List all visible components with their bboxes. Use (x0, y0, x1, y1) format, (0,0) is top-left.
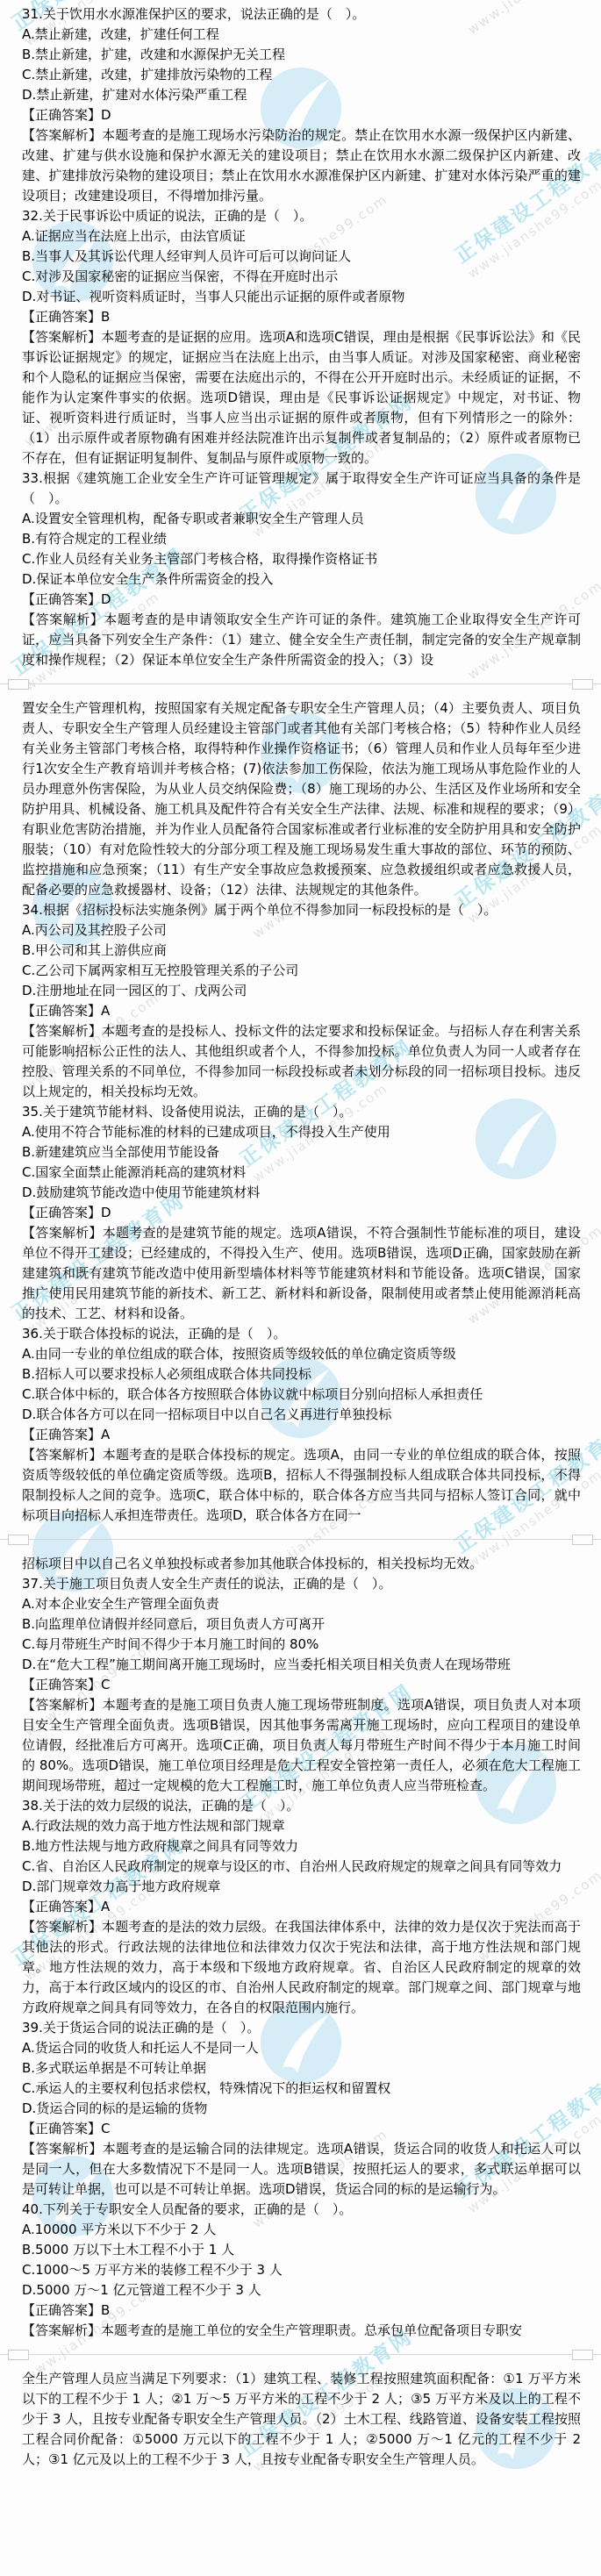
question-stem: 37.关于施工项目负责人安全生产责任的说法，正确的是（ ）。 (22, 1574, 581, 1594)
page-corner-mark (572, 679, 593, 690)
answer-label: 【正确答案】 (22, 2121, 101, 2136)
analysis-label: 【答案解析】 (22, 329, 101, 345)
page-break (0, 2341, 601, 2369)
exam-document: 31.关于饮用水水源准保护区的要求，说法正确的是（ ）。 A.禁止新建，改建，扩… (0, 0, 601, 2470)
question-38: 38.关于法的效力层级的说法，正确的是（ ）。 A.行政法规的效力高于地方性法规… (22, 1796, 581, 2018)
option-a: A.货运合同的收货人和托运人不是同一人 (22, 2038, 581, 2058)
analysis-label: 【答案解析】 (22, 1225, 103, 1241)
question-stem: 40.下列关于专职安全人员配备的要求，正确的是（ ）。 (22, 2200, 581, 2220)
page-corner-mark (572, 1535, 593, 1545)
analysis-line: 【答案解析】本题考查的是法的效力层级。在我国法律体系中，法律的效力是仅次于宪法而… (22, 1917, 581, 2018)
option-b: B.5000 万以下土木工程不小于 1 人 (22, 2240, 581, 2260)
answer-label: 【正确答案】 (22, 309, 101, 325)
option-d: D.部门规章效力高于地方政府规章 (22, 1877, 581, 1897)
analysis-label: 【答案解析】 (22, 1447, 103, 1463)
question-32: 32.关于民事诉讼中质证的说法，正确的是（ ）。 A.证据应当在法庭上出示，由法… (22, 206, 581, 469)
option-c: C.联合体中标的，联合体各方按照联合体协议就中标项目分别向招标人承担责任 (22, 1385, 581, 1405)
correct-answer-line: 【正确答案】D (22, 1203, 581, 1223)
answer-label: 【正确答案】 (22, 2302, 101, 2318)
question-31: 31.关于饮用水水源准保护区的要求，说法正确的是（ ）。 A.禁止新建，改建，扩… (22, 4, 581, 206)
question-stem: 33.根据《建筑施工企业安全生产许可证管理规定》属于取得安全生产许可证应当具备的… (22, 469, 581, 509)
option-d: D.对书证、视听资料质证时，当事人只能出示证据的原件或者原物 (22, 287, 581, 307)
answer-label: 【正确答案】 (22, 1677, 101, 1692)
option-d: D.注册地址在同一园区的丁、戊两公司 (22, 981, 581, 1001)
correct-answer-line: 【正确答案】D (22, 105, 581, 125)
analysis-line: 【答案解析】本题考查的是运输合同的法律规定。选项A错误，货运合同的收货人和托运人… (22, 2139, 581, 2200)
option-a: A.设置安全管理机构，配备专职或者兼职安全生产管理人员 (22, 509, 581, 529)
option-c: C.乙公司下属两家相互无控股管理关系的子公司 (22, 961, 581, 981)
option-c: C.承运人的主要权利包括求偿权，特殊情况下的拒运权和留置权 (22, 2079, 581, 2099)
option-b: B.地方性法规与地方政府规章之间具有同等效力 (22, 1836, 581, 1857)
analysis-text-continued: 置安全生产管理机构，按照国家有关规定配备专职安全生产管理人员；（4）主要负责人、… (22, 698, 581, 900)
correct-answer-line: 【正确答案】A (22, 1001, 581, 1021)
analysis-text: 本题考查的是施工现场水污染防治的规定。禁止在饮用水水源一级保护区内新建、改建、扩… (22, 127, 581, 204)
analysis-line: 【答案解析】本题考查的是建筑节能的规定。选项A错误，不符合强制性节能标准的项目，… (22, 1223, 581, 1324)
option-a: A.对本企业安全生产管理全面负责 (22, 1594, 581, 1614)
analysis-text: 本题考查的是申请领取安全生产许可证的条件。建筑施工企业取得安全生产许可证，应当具… (22, 612, 581, 668)
analysis-text: 本题考查的是证据的应用。选项A和选项C错误，理由是根据《民事诉讼法》和《民事诉讼… (22, 329, 581, 466)
option-a: A.由同一专业的单位组成的联合体，按照资质等级较低的单位确定资质等级 (22, 1344, 581, 1364)
correct-answer-line: 【正确答案】C (22, 2119, 581, 2139)
page-break (0, 1526, 601, 1554)
page-break (0, 670, 601, 698)
analysis-text-continued: 全生产管理人员应当满足下列要求：（1）建筑工程、装修工程按照建筑面积配备：①1 … (22, 2369, 581, 2470)
option-d: D.在“危大工程”施工期间离开施工现场时，应当委托相关项目相关负责人在现场带班 (22, 1655, 581, 1675)
question-34: 34.根据《招标投标法实施条例》属于两个单位不得参加同一标段投标的是（ ）。 A… (22, 900, 581, 1102)
option-b: B.当事人及其诉讼代理人经审判人员许可后可以询问证人 (22, 247, 581, 267)
analysis-text: 本题考查的是建筑节能的规定。选项A错误，不符合强制性节能标准的项目，建设单位不得… (22, 1225, 581, 1321)
analysis-line: 【答案解析】本题考查的是施工单位的安全生产管理职责。总承包单位配备项目专职安 (22, 2321, 581, 2341)
option-a: A.丙公司及其控股子公司 (22, 920, 581, 941)
option-b: B.甲公司和其上游供应商 (22, 941, 581, 961)
page-corner-mark (572, 2350, 593, 2360)
analysis-text: 本题考查的是联合体投标的规定。选项A，由同一专业的单位组成的联合体，按照资质等级… (22, 1447, 581, 1523)
analysis-label: 【答案解析】 (22, 1023, 102, 1039)
option-d: D.鼓励建筑节能改造中使用节能建筑材料 (22, 1183, 581, 1203)
page-corner-mark (8, 1535, 29, 1545)
answer-value: A (101, 1899, 110, 1914)
option-a: A.使用不符合节能标准的材料的已建成项目，不得投入生产使用 (22, 1122, 581, 1142)
option-d: D.5000 万～1 亿元管道工程不少于 3 人 (22, 2280, 581, 2301)
question-35: 35.关于建筑节能材料、设备使用说法，正确的是（ ）。 A.使用不符合节能标准的… (22, 1102, 581, 1324)
answer-value: A (101, 1003, 110, 1019)
option-c: C.每月带班生产时间不得少于本月施工时间的 80% (22, 1635, 581, 1655)
question-stem: 39.关于货运合同的说法正确的是（ ）。 (22, 2018, 581, 2038)
answer-label: 【正确答案】 (22, 107, 101, 123)
analysis-label: 【答案解析】 (22, 1697, 103, 1713)
answer-label: 【正确答案】 (22, 1205, 101, 1220)
answer-label: 【正确答案】 (22, 591, 101, 607)
answer-value: D (101, 107, 111, 123)
page-corner-mark (8, 2350, 29, 2360)
option-d: D.货运合同的标的是运输的货物 (22, 2099, 581, 2119)
option-c: C.作业人员经有关业务主管部门考核合格，取得操作资格证书 (22, 549, 581, 569)
option-c: C.国家全面禁止能源消耗高的建筑材料 (22, 1163, 581, 1183)
analysis-label: 【答案解析】 (22, 2141, 103, 2157)
question-40: 40.下列关于专职安全人员配备的要求，正确的是（ ）。 A.10000 平方米以… (22, 2200, 581, 2470)
option-c: C.1000～5 万平方米的装修工程不少于 3 人 (22, 2260, 581, 2280)
analysis-text: 本题考查的是施工项目负责人施工现场带班制度。选项A错误，项目负责人对本项目安全生… (22, 1697, 581, 1793)
analysis-line: 【答案解析】本题考查的是联合体投标的规定。选项A，由同一专业的单位组成的联合体，… (22, 1445, 581, 1526)
option-c: C.对涉及国家秘密的证据应当保密，不得在开庭时出示 (22, 267, 581, 287)
correct-answer-line: 【正确答案】A (22, 1425, 581, 1445)
question-36: 36.关于联合体投标的说法，正确的是（ ）。 A.由同一专业的单位组成的联合体，… (22, 1324, 581, 1574)
answer-label: 【正确答案】 (22, 1899, 101, 1914)
analysis-label: 【答案解析】 (22, 1919, 102, 1935)
page-corner-mark (8, 679, 29, 690)
analysis-text: 本题考查的是运输合同的法律规定。选项A错误，货运合同的收货人和托运人可以是同一人… (22, 2141, 581, 2197)
answer-value: D (101, 1205, 111, 1220)
analysis-text-continued: 招标项目中以自己名义单独投标或者参加其他联合体投标的，相关投标均无效。 (22, 1554, 581, 1574)
question-37: 37.关于施工项目负责人安全生产责任的说法，正确的是（ ）。 A.对本企业安全生… (22, 1574, 581, 1796)
question-stem: 38.关于法的效力层级的说法，正确的是（ ）。 (22, 1796, 581, 1816)
option-a: A.禁止新建，改建，扩建任何工程 (22, 25, 581, 45)
option-a: A.证据应当在法庭上出示，由法官质证 (22, 226, 581, 247)
answer-label: 【正确答案】 (22, 1427, 101, 1442)
analysis-text: 本题考查的是法的效力层级。在我国法律体系中，法律的效力是仅次于宪法而高于其他法的… (22, 1919, 581, 2015)
correct-answer-line: 【正确答案】D (22, 590, 581, 610)
option-b: B.招标人可以要求投标人必须组成联合体共同投标 (22, 1364, 581, 1385)
option-b: B.向监理单位请假并经同意后，项目负责人方可离开 (22, 1614, 581, 1635)
option-a: A.10000 平方米以下不少于 2 人 (22, 2220, 581, 2240)
answer-label: 【正确答案】 (22, 1003, 101, 1019)
correct-answer-line: 【正确答案】C (22, 1675, 581, 1695)
question-stem: 36.关于联合体投标的说法，正确的是（ ）。 (22, 1324, 581, 1344)
analysis-line: 【答案解析】本题考查的是证据的应用。选项A和选项C错误，理由是根据《民事诉讼法》… (22, 327, 581, 469)
analysis-line: 【答案解析】本题考查的是投标人、投标文件的法定要求和投标保证金。与招标人存在利害… (22, 1021, 581, 1102)
analysis-label: 【答案解析】 (22, 127, 102, 143)
option-b: B.禁止新建，扩建，改建和水源保护无关工程 (22, 45, 581, 65)
analysis-line: 【答案解析】本题考查的是施工现场水污染防治的规定。禁止在饮用水水源一级保护区内新… (22, 125, 581, 206)
option-d: D.保证本单位安全生产条件所需资金的投入 (22, 569, 581, 590)
answer-value: C (101, 1677, 110, 1692)
question-39: 39.关于货运合同的说法正确的是（ ）。 A.货运合同的收货人和托运人不是同一人… (22, 2018, 581, 2200)
analysis-line: 【答案解析】本题考查的是施工项目负责人施工现场带班制度。选项A错误，项目负责人对… (22, 1695, 581, 1796)
question-33: 33.根据《建筑施工企业安全生产许可证管理规定》属于取得安全生产许可证应当具备的… (22, 469, 581, 900)
analysis-label: 【答案解析】 (22, 2322, 101, 2338)
answer-value: C (101, 2121, 110, 2136)
question-stem: 32.关于民事诉讼中质证的说法，正确的是（ ）。 (22, 206, 581, 226)
option-d: D.禁止新建，扩建对水体污染严重工程 (22, 85, 581, 105)
question-stem: 34.根据《招标投标法实施条例》属于两个单位不得参加同一标段投标的是（ ）。 (22, 900, 581, 920)
option-b: B.有符合规定的工程业绩 (22, 529, 581, 549)
answer-value: B (101, 309, 110, 325)
option-c: C.省、自治区人民政府制定的规章与设区的市、自治州人民政府规定的规章之间具有同等… (22, 1857, 581, 1877)
analysis-label: 【答案解析】 (22, 612, 104, 627)
option-c: C.禁止新建，改建，扩建排放污染物的工程 (22, 65, 581, 85)
correct-answer-line: 【正确答案】B (22, 2301, 581, 2321)
option-a: A.行政法规的效力高于地方性法规和部门规章 (22, 1816, 581, 1836)
answer-value: A (101, 1427, 110, 1442)
answer-value: D (101, 591, 111, 607)
option-b: B.多式联运单据是不可转让单据 (22, 2058, 581, 2079)
analysis-line: 【答案解析】本题考查的是申请领取安全生产许可证的条件。建筑施工企业取得安全生产许… (22, 610, 581, 670)
question-stem: 35.关于建筑节能材料、设备使用说法，正确的是（ ）。 (22, 1102, 581, 1122)
option-d: D.联合体各方可以在同一招标项目中以自己名义再进行单独投标 (22, 1405, 581, 1425)
correct-answer-line: 【正确答案】A (22, 1897, 581, 1917)
correct-answer-line: 【正确答案】B (22, 307, 581, 327)
question-stem: 31.关于饮用水水源准保护区的要求，说法正确的是（ ）。 (22, 4, 581, 25)
answer-value: B (101, 2302, 110, 2318)
option-b: B.新建建筑应当全部使用节能设备 (22, 1142, 581, 1163)
analysis-text: 本题考查的是施工单位的安全生产管理职责。总承包单位配备项目专职安 (101, 2322, 522, 2338)
analysis-text: 本题考查的是投标人、投标文件的法定要求和投标保证金。与招标人存在利害关系可能影响… (22, 1023, 581, 1099)
